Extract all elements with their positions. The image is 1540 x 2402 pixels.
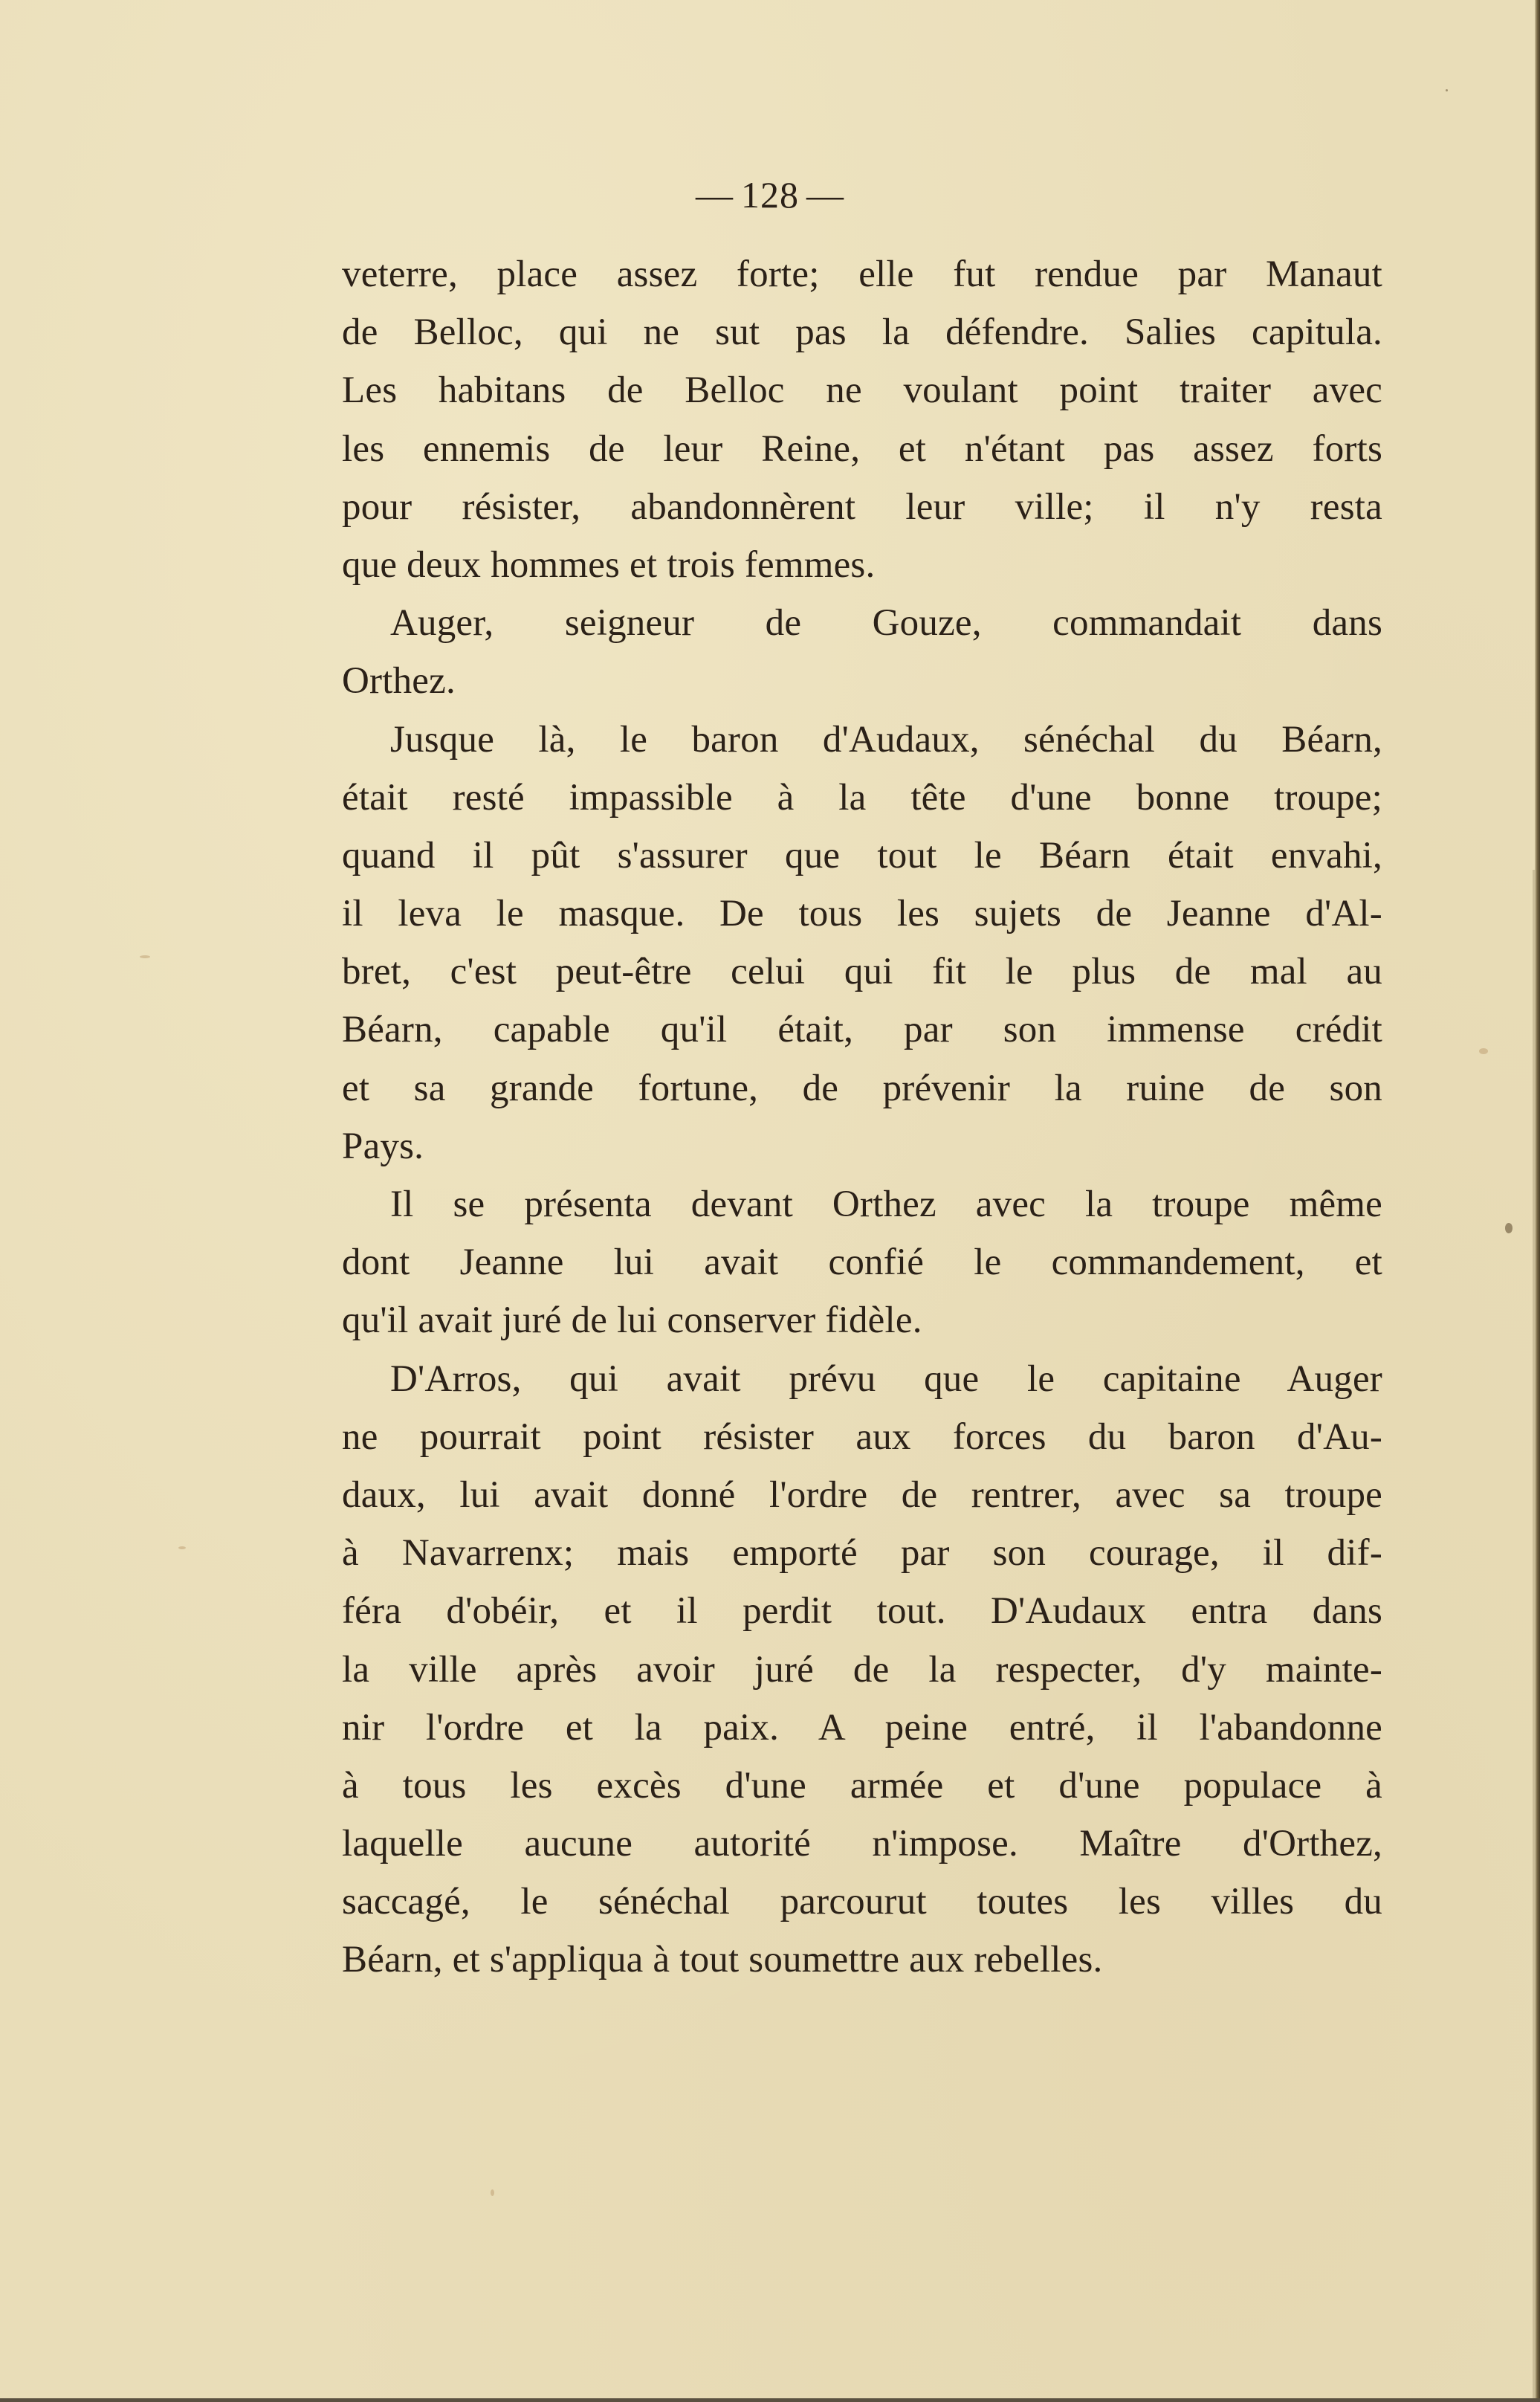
paper-speck <box>1505 1223 1512 1233</box>
header-dash-left: — <box>696 174 734 216</box>
page-edge-right <box>1535 0 1540 2402</box>
text-line: les ennemis de leur Reine, et n'étant pa… <box>342 420 1382 478</box>
text-line: dont Jeanne lui avait confié le commande… <box>342 1233 1382 1291</box>
text-line: veterre, place assez forte; elle fut ren… <box>342 245 1382 303</box>
text-line: à Navarrenx; mais emporté par son courag… <box>342 1524 1382 1582</box>
text-line: Il se présenta devant Orthez avec la tro… <box>342 1175 1382 1233</box>
text-line: Béarn, capable qu'il était, par son imme… <box>342 1001 1382 1059</box>
paper-speck <box>491 2189 494 2196</box>
text-line: à tous les excès d'une armée et d'une po… <box>342 1757 1382 1815</box>
paper-speck <box>1446 89 1448 91</box>
text-line: Orthez. <box>342 652 1382 710</box>
text-line: D'Arros, qui avait prévu que le capitain… <box>342 1350 1382 1408</box>
text-line: Pays. <box>342 1117 1382 1175</box>
text-line: était resté impassible à la tête d'une b… <box>342 769 1382 827</box>
text-line: et sa grande fortune, de prévenir la rui… <box>342 1059 1382 1117</box>
page-number: 128 <box>734 174 806 216</box>
paper-speck <box>178 1546 186 1549</box>
text-line: laquelle aucune autorité n'impose. Maîtr… <box>342 1815 1382 1873</box>
text-line: Jusque là, le baron d'Audaux, sénéchal d… <box>342 711 1382 769</box>
text-line: Les habitans de Belloc ne voulant point … <box>342 361 1382 419</box>
text-line: Béarn, et s'appliqua à tout soumettre au… <box>342 1931 1382 1989</box>
text-line: il leva le masque. De tous les sujets de… <box>342 885 1382 943</box>
text-line: Auger, seigneur de Gouze, commandait dan… <box>342 594 1382 652</box>
text-line: de Belloc, qui ne sut pas la défendre. S… <box>342 303 1382 361</box>
text-line: pour résister, abandonnèrent leur ville;… <box>342 478 1382 536</box>
page-edge-bottom <box>0 2398 1540 2402</box>
header-dash-right: — <box>806 174 844 216</box>
book-page: —128— veterre, place assez forte; elle f… <box>0 0 1540 2402</box>
text-line: bret, c'est peut-être celui qui fit le p… <box>342 943 1382 1001</box>
paper-speck <box>1479 1048 1488 1054</box>
page-header: —128— <box>0 172 1540 217</box>
text-line: daux, lui avait donné l'ordre de rentrer… <box>342 1466 1382 1524</box>
text-line: nir l'ordre et la paix. A peine entré, i… <box>342 1699 1382 1757</box>
text-line: féra d'obéir, et il perdit tout. D'Audau… <box>342 1582 1382 1640</box>
text-line: saccagé, le sénéchal parcourut toutes le… <box>342 1873 1382 1931</box>
paper-speck <box>140 955 150 958</box>
text-line: quand il pût s'assurer que tout le Béarn… <box>342 827 1382 885</box>
text-line: ne pourrait point résister aux forces du… <box>342 1408 1382 1466</box>
text-line: que deux hommes et trois femmes. <box>342 536 1382 594</box>
page-body-text: veterre, place assez forte; elle fut ren… <box>342 245 1382 1989</box>
text-line: la ville après avoir juré de la respecte… <box>342 1641 1382 1699</box>
text-line: qu'il avait juré de lui conserver fidèle… <box>342 1291 1382 1349</box>
